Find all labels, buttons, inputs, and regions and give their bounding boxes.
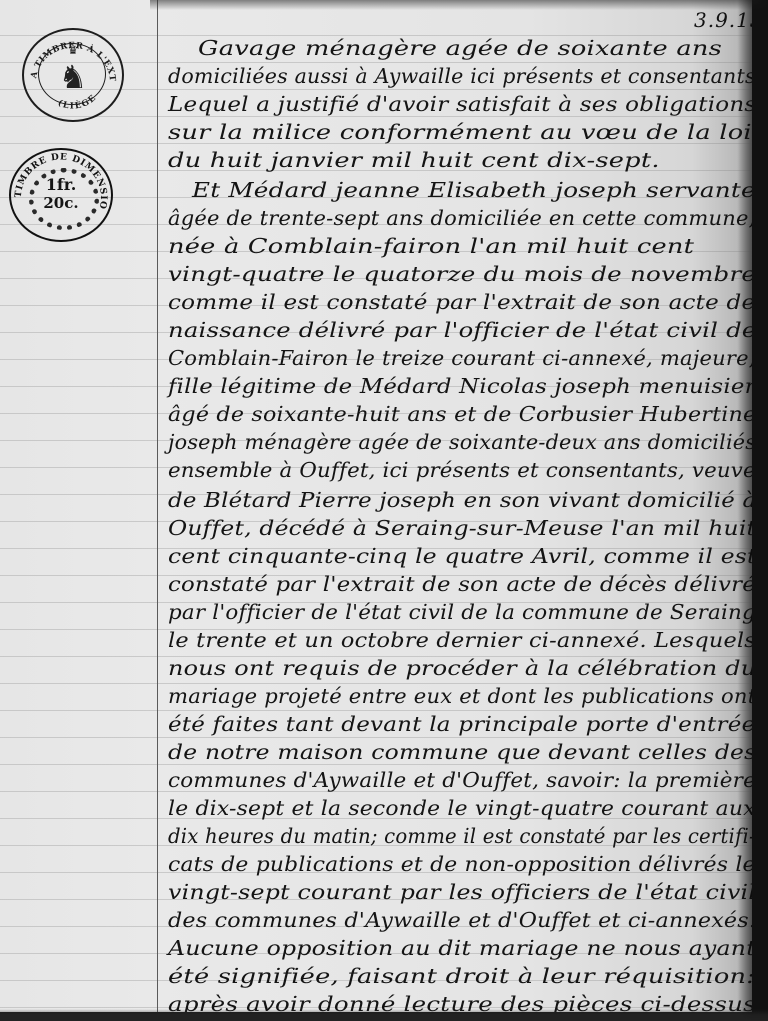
- stamp-value-francs: 1fr.: [11, 176, 111, 194]
- text-line: dix heures du matin; comme il est consta…: [168, 824, 752, 848]
- text-line: été signifiée, faisant droit à leur réqu…: [168, 964, 752, 988]
- text-line: âgée de trente-sept ans domiciliée en ce…: [168, 206, 752, 230]
- scan-top-edge: [150, 0, 768, 10]
- text-line: de notre maison commune que devant celle…: [168, 740, 752, 764]
- text-line: constaté par l'extrait de son acte de dé…: [168, 572, 752, 596]
- text-line: des communes d'Aywaille et d'Ouffet et c…: [168, 908, 752, 932]
- text-line: sur la milice conformément au vœu de la …: [168, 120, 752, 144]
- text-line: joseph ménagère agée de soixante-deux an…: [168, 430, 752, 454]
- text-line: par l'officier de l'état civil de la com…: [168, 600, 752, 624]
- lion-icon: ♞: [54, 56, 92, 98]
- register-page: A TIMBRER À L'EXTRAORDINAIRE (LIÈGE) ♛ ♞…: [0, 0, 752, 1012]
- crown-icon: ♛: [63, 44, 83, 56]
- text-line: naissance délivré par l'officier de l'ét…: [168, 318, 752, 342]
- text-line: ensemble à Ouffet, ici présents et conse…: [168, 458, 752, 482]
- text-line: du huit janvier mil huit cent dix-sept.: [168, 148, 660, 172]
- text-line: Ouffet, décédé à Seraing-sur-Meuse l'an …: [168, 516, 752, 540]
- text-line: communes d'Aywaille et d'Ouffet, savoir:…: [168, 768, 752, 792]
- text-line: vingt-quatre le quatorze du mois de nove…: [168, 262, 752, 286]
- extraordinary-stamp: A TIMBRER À L'EXTRAORDINAIRE (LIÈGE) ♛ ♞: [22, 28, 124, 122]
- margin-rule: [157, 0, 158, 1012]
- text-line: fille légitime de Médard Nicolas joseph …: [168, 374, 752, 398]
- text-line: cats de publications et de non-oppositio…: [168, 852, 752, 876]
- text-line: nous ont requis de procéder à la célébra…: [168, 656, 752, 680]
- scan-bottom-edge: [0, 1009, 768, 1021]
- text-line: été faites tant devant la principale por…: [168, 712, 752, 736]
- text-line: cent cinquante-cinq le quatre Avril, com…: [168, 544, 752, 568]
- text-line: comme il est constaté par l'extrait de s…: [168, 290, 752, 314]
- text-line: mariage projeté entre eux et dont les pu…: [168, 684, 752, 708]
- text-line: née à Comblain-fairon l'an mil huit cent: [168, 234, 694, 258]
- text-line: de Blétard Pierre joseph en son vivant d…: [168, 488, 752, 512]
- stamp-value: 1fr. 20c.: [11, 176, 111, 212]
- text-line: le dix-sept et la seconde le vingt-quatr…: [168, 796, 752, 820]
- text-line: vingt-sept courant par les officiers de …: [168, 880, 752, 904]
- text-line: le trente et un octobre dernier ci-annex…: [168, 628, 752, 652]
- text-line: Gavage ménagère agée de soixante ans: [198, 36, 722, 60]
- stamp-value-centimes: 20c.: [11, 194, 111, 212]
- text-line: Comblain-Fairon le treize courant ci-ann…: [168, 346, 752, 370]
- scan-right-edge: [738, 0, 768, 1021]
- text-line: Lequel a justifié d'avoir satisfait à se…: [168, 92, 752, 116]
- dimension-stamp: TIMBRE DE DIMENSION 1fr. 20c.: [9, 148, 113, 242]
- text-line: âgé de soixante-huit ans et de Corbusier…: [168, 402, 752, 426]
- text-line: Aucune opposition au dit mariage ne nous…: [168, 936, 752, 960]
- text-line: domiciliées aussi à Aywaille ici présent…: [168, 64, 752, 88]
- text-line: Et Médard jeanne Elisabeth joseph servan…: [192, 178, 752, 202]
